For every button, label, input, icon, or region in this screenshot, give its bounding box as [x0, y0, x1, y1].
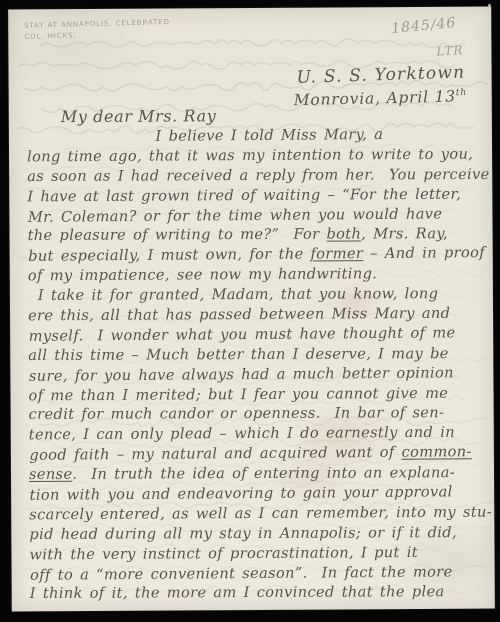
pencil-annotation-ltr: LTR: [436, 43, 464, 59]
provenance-line1: Stay at Annapolis, celebrated: [24, 18, 170, 30]
handwritten-line: scarcely entered, as well as I can remem…: [29, 502, 487, 525]
salutation: My dear Mrs. Ray: [61, 106, 217, 126]
letter-paper: Stay at Annapolis, celebrated Col. Hicks…: [8, 7, 495, 612]
pencil-annotation-provenance: Stay at Annapolis, celebrated Col. Hicks…: [24, 17, 170, 43]
handwritten-line: I have at last grown tired of waiting – …: [27, 184, 485, 207]
handwritten-line: I believe I told Miss Mary, a: [27, 124, 485, 148]
handwritten-line: all this time – Much better than I deser…: [28, 344, 486, 366]
handwritten-line: long time ago, that it was my intention …: [27, 144, 485, 167]
pencil-annotation-year: 1845/46: [391, 15, 457, 37]
handwritten-line: I take it for granted, Madam, that you k…: [28, 284, 486, 306]
handwritten-line: but especially, I must own, for the form…: [28, 243, 486, 267]
provenance-line2: Col. Hicks,: [24, 31, 76, 40]
scan-background: Stay at Annapolis, celebrated Col. Hicks…: [0, 0, 500, 622]
letterhead-ship: U. S. S. Yorktown: [297, 62, 466, 87]
handwritten-line: credit for much candor or openness. In b…: [29, 403, 487, 425]
handwritten-line: pid head during all my stay in Annapolis…: [29, 523, 487, 545]
place-date-text: Monrovia, April 13: [293, 87, 456, 109]
handwritten-line: myself. I wonder what you must have thou…: [29, 323, 487, 347]
handwritten-line: with the very instinct of procrastinatio…: [29, 542, 487, 565]
handwritten-line: I think of it, the more am I convinced t…: [30, 582, 488, 604]
handwritten-line: of my impatience, see now my handwriting…: [28, 264, 486, 287]
handwritten-line: as soon as I had received a reply from h…: [27, 165, 485, 187]
date-ordinal-suffix: th: [455, 88, 466, 98]
handwritten-line: tion with you and endeavoring to gain yo…: [30, 482, 488, 506]
handwritten-line: sure, for you have always had a much bet…: [29, 363, 487, 387]
letterhead-place-date: Monrovia, April 13th: [293, 87, 467, 109]
letter-body: I believe I told Miss Mary, along time a…: [27, 125, 488, 605]
